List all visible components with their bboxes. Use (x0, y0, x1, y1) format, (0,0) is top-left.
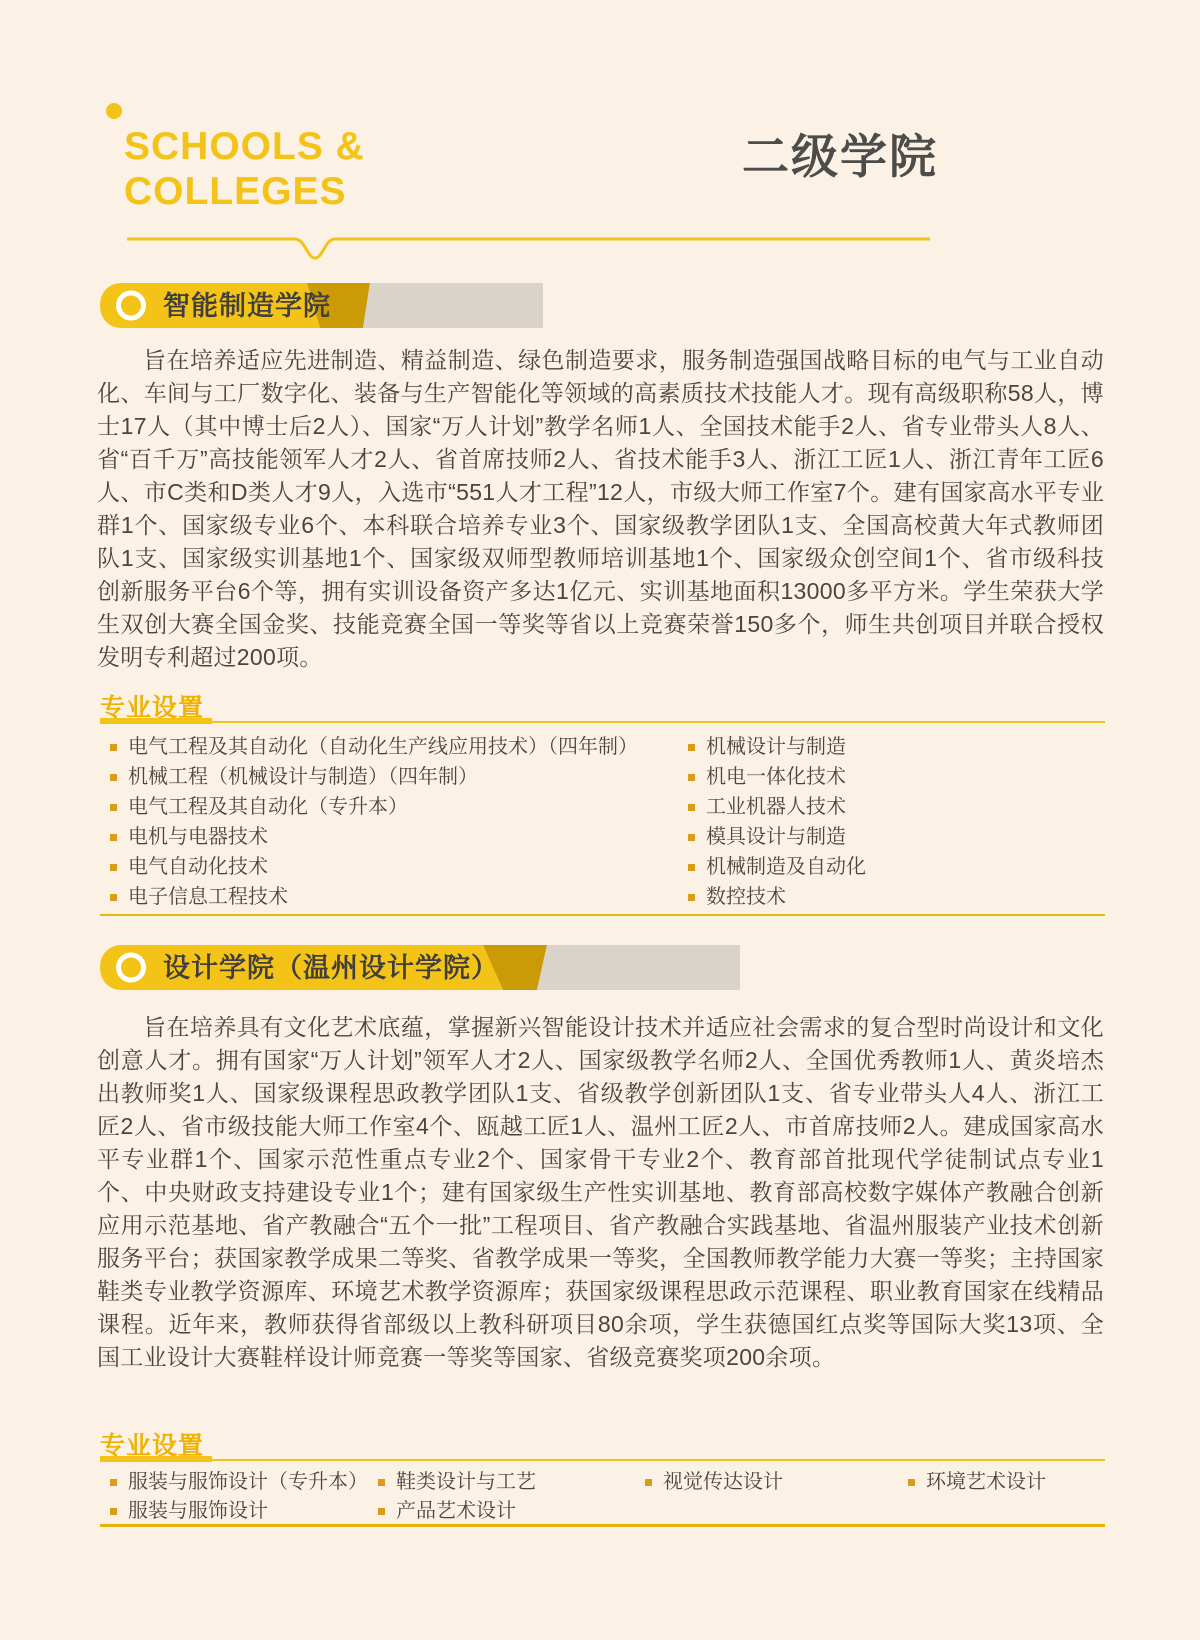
major-item: 工业机器人技术 (688, 792, 1108, 822)
majors-list-col4: 环境艺术设计 (908, 1468, 1138, 1497)
header-divider-line (127, 236, 932, 266)
bullet-icon (645, 1479, 652, 1486)
major-item: 鞋类设计与工艺 (378, 1468, 638, 1497)
bullet-icon (378, 1508, 385, 1515)
bullet-icon (110, 744, 117, 751)
bullet-icon (110, 834, 117, 841)
section-intro-text: 旨在培养适应先进制造、精益制造、绿色制造要求，服务制造强国战略目标的电气与工业自… (97, 344, 1104, 674)
bullet-icon (110, 894, 117, 901)
bullet-icon (110, 1479, 117, 1486)
majors-heading-underline (100, 1456, 1105, 1462)
major-item: 电气工程及其自动化（专升本） (110, 792, 685, 822)
underline-thin (100, 1459, 1105, 1461)
major-item: 电气自动化技术 (110, 852, 685, 882)
bullet-icon (378, 1479, 385, 1486)
major-item: 机械制造及自动化 (688, 852, 1108, 882)
bullet-icon (688, 774, 695, 781)
section-header-intelligent-manufacturing: 智能制造学院 (100, 283, 760, 328)
major-item: 数控技术 (688, 882, 1108, 912)
majors-list-col2: 鞋类设计与工艺 产品艺术设计 (378, 1468, 638, 1526)
major-item: 环境艺术设计 (908, 1468, 1138, 1497)
section-name: 设计学院（温州设计学院） (163, 945, 499, 990)
major-item: 视觉传达设计 (645, 1468, 900, 1497)
brand-line1: SCHOOLS & (124, 124, 365, 169)
major-item: 产品艺术设计 (378, 1497, 638, 1526)
underline-thick (100, 1456, 212, 1462)
major-item: 服装与服饰设计（专升本） (110, 1468, 372, 1497)
major-item: 模具设计与制造 (688, 822, 1108, 852)
bullet-icon (688, 744, 695, 751)
underline-thin (100, 721, 1105, 723)
page-bottom-divider-line (100, 1524, 1105, 1527)
majors-heading-underline (100, 718, 1105, 724)
major-item: 服装与服饰设计 (110, 1497, 372, 1526)
section-intro-text: 旨在培养具有文化艺术底蕴，掌握新兴智能设计技术并适应社会需求的复合型时尚设计和文… (97, 1011, 1104, 1374)
brand-wordmark: SCHOOLS & COLLEGES (124, 124, 365, 214)
brochure-page: SCHOOLS & COLLEGES 二级学院 智能制造学院 旨在培养适应先进制… (0, 0, 1200, 1640)
majors-list-right: 机械设计与制造 机电一体化技术 工业机器人技术 模具设计与制造 机械制造及自动化… (688, 732, 1108, 912)
bullet-icon (110, 804, 117, 811)
bullet-icon (688, 864, 695, 871)
section-divider-line (100, 914, 1105, 916)
bullet-icon (110, 774, 117, 781)
bullet-icon (110, 1508, 117, 1515)
major-item: 机电一体化技术 (688, 762, 1108, 792)
brand-line2: COLLEGES (124, 169, 365, 214)
section-header-design-college: 设计学院（温州设计学院） (100, 945, 760, 990)
bullet-icon (908, 1479, 915, 1486)
major-item: 电机与电器技术 (110, 822, 685, 852)
majors-list-left: 电气工程及其自动化（自动化生产线应用技术）（四年制） 机械工程（机械设计与制造）… (110, 732, 685, 912)
page-title: 二级学院 (742, 120, 938, 187)
bullet-icon (688, 834, 695, 841)
major-item: 机械设计与制造 (688, 732, 1108, 762)
major-item: 电气工程及其自动化（自动化生产线应用技术）（四年制） (110, 732, 685, 762)
bullet-icon (110, 864, 117, 871)
major-item: 机械工程（机械设计与制造）（四年制） (110, 762, 685, 792)
underline-thick (100, 718, 212, 724)
section-name: 智能制造学院 (163, 283, 331, 328)
brand-dot-icon (106, 103, 122, 119)
majors-list-col3: 视觉传达设计 (645, 1468, 900, 1497)
major-item: 电子信息工程技术 (110, 882, 685, 912)
bullet-icon (688, 894, 695, 901)
bullet-icon (688, 804, 695, 811)
majors-list-col1: 服装与服饰设计（专升本） 服装与服饰设计 (110, 1468, 372, 1526)
